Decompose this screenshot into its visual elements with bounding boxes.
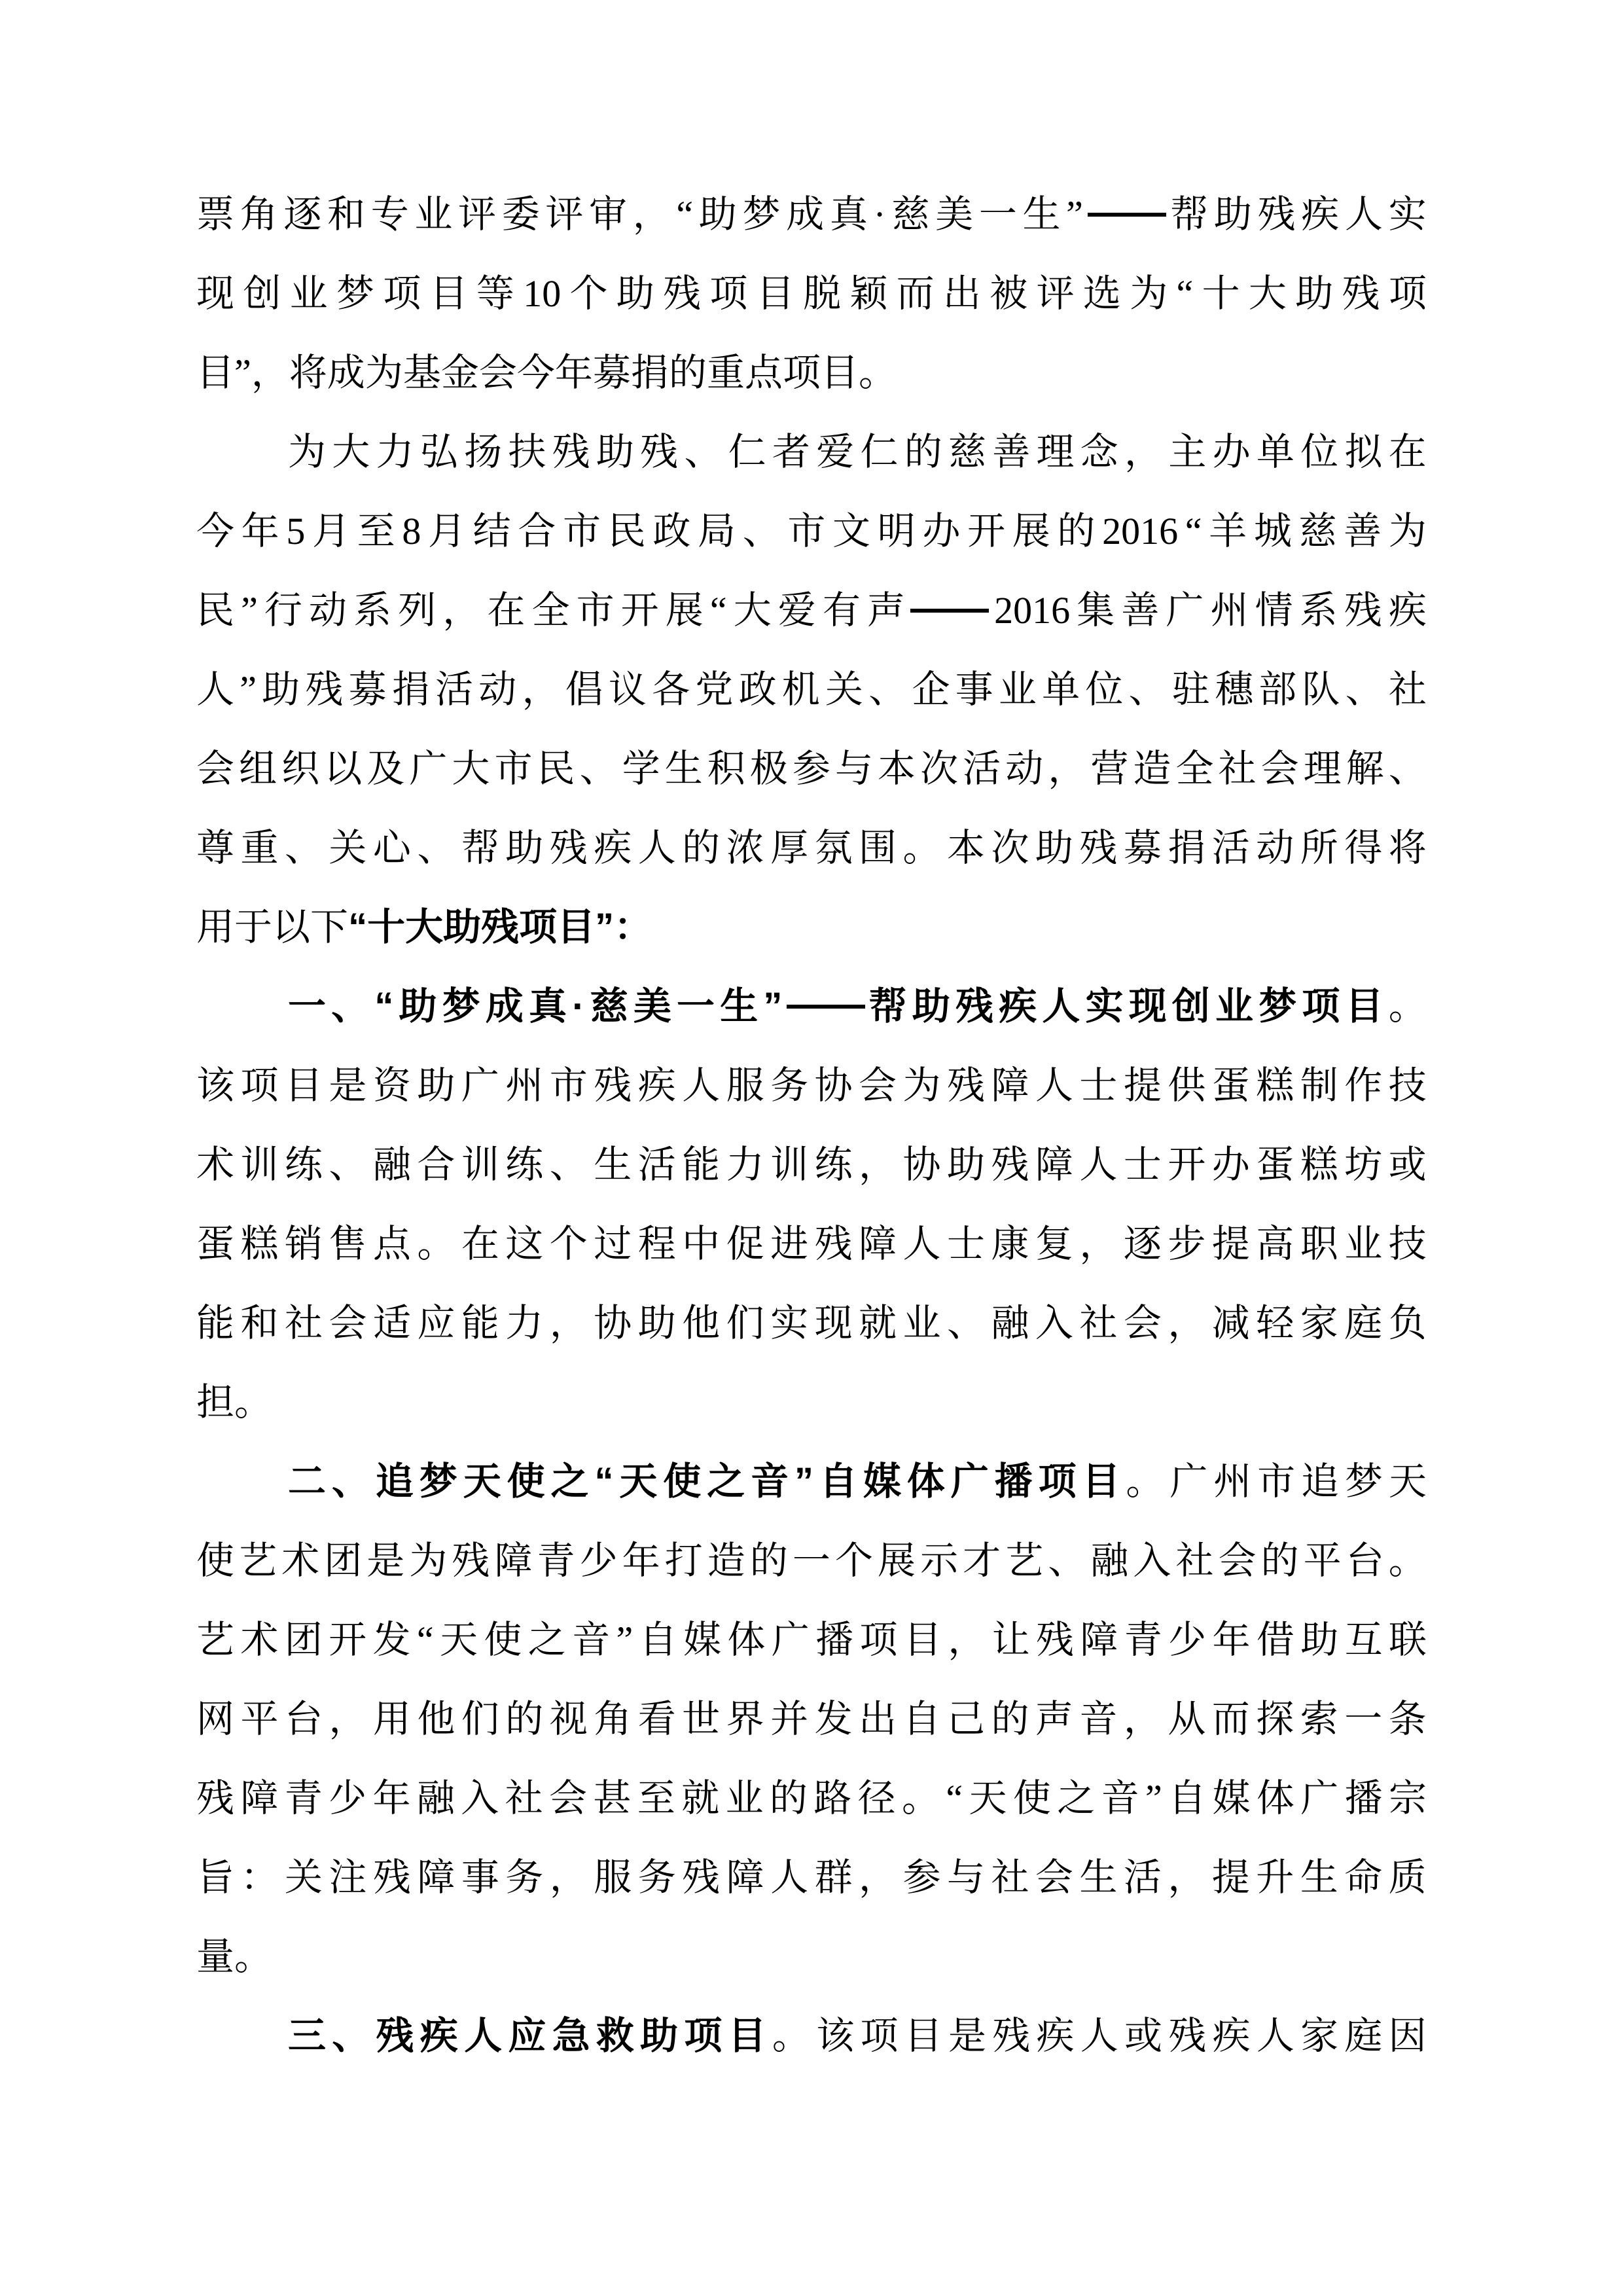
text-char: 解 xyxy=(1346,729,1384,808)
text-char: 之 xyxy=(1057,1759,1095,1838)
text-char: 甚 xyxy=(593,1759,631,1838)
text-char: 为 xyxy=(1130,254,1168,333)
text-char: 州 xyxy=(1213,1442,1251,1521)
text-char: 们 xyxy=(726,1283,764,1363)
text-char: ， xyxy=(329,1679,366,1759)
text-char: 委 xyxy=(502,175,540,254)
text-char: 募 xyxy=(593,333,631,412)
text-char: 为 xyxy=(409,1521,447,1600)
text-char: 职 xyxy=(1300,1204,1338,1283)
text-char: 年 xyxy=(555,333,593,412)
text-char: 、 xyxy=(1129,650,1167,729)
text-char: 活 xyxy=(1124,1838,1162,1917)
text-char: 促 xyxy=(726,1204,764,1283)
text-char: 联 xyxy=(1389,1600,1427,1679)
text-char: 障 xyxy=(1080,1600,1118,1679)
text-char: 、 xyxy=(1389,729,1427,808)
text-char: 开 xyxy=(621,571,659,650)
text-char: 明 xyxy=(878,492,916,571)
text-char: 看 xyxy=(638,1679,676,1759)
text-line: 用于以下“十大助残项目”： xyxy=(196,888,1427,967)
text-char: “ xyxy=(676,175,693,254)
text-char: 平 xyxy=(240,1679,278,1759)
text-char: 径 xyxy=(858,1759,896,1838)
text-char: 士 xyxy=(1124,1125,1162,1204)
text-char: 脱 xyxy=(803,254,841,333)
text-char: 群 xyxy=(815,1838,853,1917)
text-char: 项 xyxy=(783,333,821,412)
text-char: 生 xyxy=(1300,1838,1338,1917)
text-char: 探 xyxy=(1256,1679,1294,1759)
text-char: 。 xyxy=(1126,1442,1164,1521)
text-char: 界 xyxy=(726,1679,764,1759)
text-char: 示 xyxy=(920,1521,958,1600)
text-char: 年 xyxy=(241,492,279,571)
text-char: 造 xyxy=(1133,729,1171,808)
text-char: 团 xyxy=(324,1521,362,1600)
text-char: 技 xyxy=(1389,1204,1427,1283)
text-char: 。 xyxy=(859,333,897,412)
text-char: ” xyxy=(241,571,258,650)
bold-text-char: ” xyxy=(794,1442,813,1521)
bold-text-char: 救 xyxy=(596,1996,634,2075)
text-char: 协 xyxy=(903,1125,941,1204)
text-char: 次 xyxy=(920,729,958,808)
text-char: 本 xyxy=(947,808,985,888)
text-char: 善 xyxy=(992,412,1030,492)
bold-text-char: 残 xyxy=(955,967,993,1046)
text-char: 会 xyxy=(549,1759,587,1838)
text-char: 业 xyxy=(414,175,452,254)
text-char: 项 xyxy=(1389,254,1427,333)
bold-text-char: 帮 xyxy=(869,967,907,1046)
text-char: 市 xyxy=(563,492,601,571)
text-char: 人 xyxy=(903,1204,941,1283)
text-line: 人”助残募捐活动，倡议各党政机关、企事业单位、驻穗部队、社 xyxy=(196,650,1427,729)
bold-text-char: 项 xyxy=(519,888,557,967)
text-char: ， xyxy=(1048,729,1086,808)
text-char: 融 xyxy=(373,1125,411,1204)
text-char: 氛 xyxy=(815,808,853,888)
text-line: 网平台，用他们的视角看世界并发出自己的声音，从而探索一条 xyxy=(196,1679,1427,1759)
text-char: 活 xyxy=(638,1125,676,1204)
bold-text-char: ” xyxy=(595,888,614,967)
text-char: 音 xyxy=(1079,1679,1117,1759)
bold-text-char: 人 xyxy=(464,1996,502,2075)
text-char: 创 xyxy=(243,254,281,333)
text-char: 适 xyxy=(373,1283,411,1363)
text-char: 大 xyxy=(452,729,490,808)
text-char: 10 xyxy=(523,254,561,333)
text-char: 颖 xyxy=(849,254,887,333)
text-line: 蛋糕销售点。在这个过程中促进残障人士康复，逐步提高职业技 xyxy=(196,1204,1427,1283)
bold-text-char: 项 xyxy=(684,1996,722,2075)
text-char: 该 xyxy=(816,1996,854,2075)
text-char: 在 xyxy=(1389,412,1427,492)
text-char: “ xyxy=(1177,254,1194,333)
text-char: 以 xyxy=(272,888,310,967)
text-char: 年 xyxy=(1212,1600,1250,1679)
text-char: 训 xyxy=(461,1125,499,1204)
text-char: 个 xyxy=(835,1521,873,1600)
text-char: 事 xyxy=(955,650,993,729)
text-char: 所 xyxy=(1300,808,1338,888)
text-char: 残 xyxy=(682,1838,720,1917)
text-char: 助 xyxy=(1214,175,1252,254)
text-char: 至 xyxy=(637,1759,675,1838)
document-page: 票角逐和专业评委评审，“助梦成真·慈美一生”帮助残疾人实现创业梦项目等10个助残… xyxy=(0,0,1623,2296)
text-char: 会 xyxy=(196,729,234,808)
text-char: 业 xyxy=(999,650,1037,729)
text-char: 目 xyxy=(196,333,234,412)
text-char: 、 xyxy=(417,808,455,888)
text-char: 等 xyxy=(476,254,514,333)
bold-text-char: 美 xyxy=(633,967,671,1046)
text-char: ” xyxy=(1145,1759,1162,1838)
text-char: 列 xyxy=(398,571,436,650)
text-char: 评 xyxy=(545,175,583,254)
text-char: 发 xyxy=(815,1679,853,1759)
text-char: 全 xyxy=(531,571,569,650)
text-char: 障 xyxy=(494,1521,532,1600)
text-char: 会 xyxy=(1124,1283,1162,1363)
text-char: 使 xyxy=(484,1600,522,1679)
text-char: 负 xyxy=(1389,1283,1427,1363)
text-char: 世 xyxy=(682,1679,720,1759)
bold-text-char: 真 xyxy=(529,967,567,1046)
text-char: 美 xyxy=(935,175,973,254)
text-char: 广 xyxy=(461,1046,499,1125)
text-char: 积 xyxy=(707,729,745,808)
bold-text-char: 十 xyxy=(367,888,405,967)
text-char: 一 xyxy=(793,1521,830,1600)
bold-text-char: 使 xyxy=(507,1442,545,1521)
text-char: ， xyxy=(1168,1283,1205,1363)
text-char: 评 xyxy=(458,175,496,254)
text-char: 中 xyxy=(682,1204,720,1283)
text-char: 、 xyxy=(947,1283,985,1363)
text-char: 康 xyxy=(991,1204,1029,1283)
text-char: 残 xyxy=(552,412,590,492)
text-char: 单 xyxy=(1257,412,1294,492)
text-char: 生 xyxy=(665,729,703,808)
text-char: 、 xyxy=(743,492,781,571)
text-char: 残 xyxy=(992,1996,1030,2075)
text-char: 在 xyxy=(461,1204,499,1283)
text-line: 术训练、融合训练、生活能力训练，协助残障人士开办蛋糕坊或 xyxy=(196,1125,1427,1204)
text-char: 互 xyxy=(1345,1600,1383,1679)
text-char: 。 xyxy=(902,1759,940,1838)
text-char: 为 xyxy=(1389,492,1427,571)
text-line: 一、“助梦成真·慈美一生”帮助残疾人实现创业梦项目。 xyxy=(196,967,1427,1046)
text-char: 练 xyxy=(815,1125,853,1204)
text-char: 事 xyxy=(461,1838,499,1917)
text-char: 捐 xyxy=(1168,808,1205,888)
text-char: 弘 xyxy=(420,412,458,492)
text-char: 拟 xyxy=(1344,412,1382,492)
text-char: 票 xyxy=(196,175,234,254)
text-char: 至 xyxy=(357,492,395,571)
text-char: 动 xyxy=(309,571,347,650)
text-char: 系 xyxy=(1300,571,1338,650)
text-char: 的 xyxy=(750,1521,788,1600)
text-char: 。 xyxy=(417,1204,455,1283)
text-char: 成 xyxy=(327,333,365,412)
text-char: 单 xyxy=(1042,650,1080,729)
text-char: 社 xyxy=(1219,729,1257,808)
text-char: 选 xyxy=(1083,254,1121,333)
text-char: 点 xyxy=(373,1204,411,1283)
text-char: 而 xyxy=(1212,1679,1250,1759)
text-char: 市 xyxy=(577,571,615,650)
text-char: 目 xyxy=(430,254,468,333)
bold-text-char: “ xyxy=(348,888,367,967)
text-char: 金 xyxy=(441,333,479,412)
text-char: 人 xyxy=(1080,1996,1118,2075)
text-char: 入 xyxy=(1035,1283,1073,1363)
text-char: 量 xyxy=(196,1917,234,1996)
text-char: 重 xyxy=(707,333,745,412)
text-char: 羊 xyxy=(1209,492,1247,571)
text-char: 己 xyxy=(947,1679,985,1759)
text-char: ， xyxy=(550,1838,588,1917)
text-char: 助 xyxy=(417,1046,455,1125)
text-char: 帮 xyxy=(461,808,499,888)
text-char: 的 xyxy=(669,333,707,412)
text-char: 减 xyxy=(1212,1283,1250,1363)
text-char: 在 xyxy=(487,571,525,650)
text-char: 现 xyxy=(815,1283,853,1363)
text-char: 、 xyxy=(1346,650,1383,729)
text-char: 疾 xyxy=(1389,571,1427,650)
text-line: 能和社会适应能力，协助他们实现就业、融入社会，减轻家庭负 xyxy=(196,1283,1427,1363)
text-char: 的 xyxy=(1057,492,1095,571)
text-char: 募 xyxy=(1124,808,1162,888)
bold-text-char: 残 xyxy=(376,1996,414,2075)
text-line: 会组织以及广大市民、学生积极参与本次活动，营造全社会理解、 xyxy=(196,729,1427,808)
text-char: 程 xyxy=(638,1204,676,1283)
text-char: 协 xyxy=(815,1046,853,1125)
text-char: 广 xyxy=(1169,1442,1207,1521)
text-char: 动 xyxy=(1005,729,1043,808)
text-char: 协 xyxy=(594,1283,632,1363)
text-char: 参 xyxy=(793,729,830,808)
text-char: 情 xyxy=(1255,571,1293,650)
text-char: 逐 xyxy=(1124,1204,1162,1283)
text-char: 和 xyxy=(240,1283,278,1363)
text-char: ， xyxy=(251,333,289,412)
text-char: 善 xyxy=(1344,492,1382,571)
text-char: 团 xyxy=(285,1600,323,1679)
text-char: 音 xyxy=(1101,1759,1139,1838)
bold-text-char: 天 xyxy=(463,1442,501,1521)
text-char: 广 xyxy=(1166,571,1204,650)
text-char: 业 xyxy=(903,1283,941,1363)
text-char: 民 xyxy=(608,492,646,571)
text-char: 提 xyxy=(1124,1046,1162,1125)
text-char: 关 xyxy=(285,1838,323,1917)
text-char: 提 xyxy=(1212,1838,1250,1917)
bold-text-char: 一 xyxy=(288,967,326,1046)
text-char: 助 xyxy=(947,1125,985,1204)
text-char: 助 xyxy=(1295,254,1333,333)
text-char: 生 xyxy=(1079,1838,1117,1917)
text-line: 使艺术团是为残障青少年打造的一个展示才艺、融入社会的平台。 xyxy=(196,1521,1427,1600)
text-char: 的 xyxy=(770,1759,808,1838)
text-char: 营 xyxy=(1090,729,1128,808)
text-char: 社 xyxy=(1079,1283,1117,1363)
text-char: ， xyxy=(859,1838,897,1917)
text-char: 展 xyxy=(1012,492,1050,571)
text-char: 家 xyxy=(1300,1996,1338,2075)
text-char: 残 xyxy=(1036,1600,1074,1679)
text-char: 业 xyxy=(726,1759,764,1838)
text-char: 2016 xyxy=(1102,492,1178,571)
text-char: 月 xyxy=(428,492,466,571)
text-char: 全 xyxy=(1175,729,1213,808)
bold-text-char: 大 xyxy=(405,888,443,967)
text-char: 民 xyxy=(537,729,575,808)
text-char: 帮 xyxy=(1170,175,1208,254)
text-char: 项 xyxy=(709,254,747,333)
text-char: 旨 xyxy=(196,1838,234,1917)
text-char: 极 xyxy=(750,729,788,808)
text-char: 活 xyxy=(1212,808,1250,888)
text-char: 艺 xyxy=(196,1600,234,1679)
text-char: 关 xyxy=(329,808,366,888)
text-char: 出 xyxy=(859,1679,897,1759)
text-char: 现 xyxy=(196,254,234,333)
text-line: 担。 xyxy=(196,1363,1427,1442)
text-char: 是 xyxy=(366,1521,404,1600)
text-char: 党 xyxy=(695,650,733,729)
text-char: 州 xyxy=(1211,571,1249,650)
text-char: 残 xyxy=(305,650,343,729)
text-char: 角 xyxy=(594,1679,632,1759)
text-char: 融 xyxy=(991,1283,1029,1363)
text-char: 残 xyxy=(1168,1996,1206,2075)
text-char: 少 xyxy=(580,1521,618,1600)
text-char: 务 xyxy=(505,1838,543,1917)
text-char: 活 xyxy=(435,650,473,729)
text-char: 是 xyxy=(329,1046,366,1125)
text-char: 糕 xyxy=(1300,1125,1338,1204)
text-char: 销 xyxy=(285,1204,323,1283)
text-char: 5 xyxy=(286,492,305,571)
bold-text-char: 急 xyxy=(552,1996,590,2075)
text-char: 有 xyxy=(823,571,861,650)
text-char: 坊 xyxy=(1344,1125,1382,1204)
bold-text-char: 之 xyxy=(707,1442,745,1521)
text-char: 织 xyxy=(281,729,319,808)
text-char: 庭 xyxy=(1344,1283,1382,1363)
text-char: 社 xyxy=(505,1759,543,1838)
text-char: 大 xyxy=(734,571,772,650)
text-char: 爱 xyxy=(816,412,854,492)
text-char: 广 xyxy=(1300,1759,1338,1838)
bold-text-char: 二 xyxy=(288,1442,326,1521)
text-char: ， xyxy=(1124,412,1162,492)
text-char: 扬 xyxy=(464,412,502,492)
text-char: 担 xyxy=(196,1363,234,1442)
text-char: 资 xyxy=(373,1046,411,1125)
text-char: 音 xyxy=(572,1600,610,1679)
text-char: 人 xyxy=(1345,175,1383,254)
text-line: 该项目是资助广州市残疾人服务协会为残障人士提供蛋糕制作技 xyxy=(196,1046,1427,1125)
text-char: 发 xyxy=(373,1600,411,1679)
bold-text-char: 使 xyxy=(663,1442,701,1521)
text-char: 媒 xyxy=(1212,1759,1250,1838)
text-char: 、 xyxy=(684,412,722,492)
text-char: 助 xyxy=(638,1283,676,1363)
text-char: 会 xyxy=(329,1283,366,1363)
text-char: 会 xyxy=(479,333,517,412)
text-char: 残 xyxy=(640,412,678,492)
text-char: 士 xyxy=(947,1204,985,1283)
text-char: 十 xyxy=(1202,254,1240,333)
text-char: 是 xyxy=(948,1996,986,2075)
text-char: 为 xyxy=(288,412,326,492)
text-char: ： xyxy=(240,1838,278,1917)
text-char: 务 xyxy=(770,1046,808,1125)
bold-text-char: “ xyxy=(374,967,393,1046)
bold-text-char: 梦 xyxy=(419,1442,457,1521)
text-char: 真 xyxy=(830,175,868,254)
text-char: 实 xyxy=(1389,175,1427,254)
text-char: 融 xyxy=(1090,1521,1128,1600)
text-char: 会 xyxy=(1219,1521,1257,1600)
text-char: 服 xyxy=(726,1046,764,1125)
text-char: 庭 xyxy=(1344,1996,1382,2075)
text-char: 能 xyxy=(196,1283,234,1363)
text-char: 疾 xyxy=(638,1046,676,1125)
text-char: 制 xyxy=(1300,1046,1338,1125)
text-char: 自 xyxy=(639,1600,677,1679)
text-char: 关 xyxy=(825,650,863,729)
text-char: 基 xyxy=(403,333,441,412)
text-char: 项 xyxy=(240,1046,278,1125)
text-char: 局 xyxy=(698,492,736,571)
bold-text-char: 自 xyxy=(819,1442,857,1521)
text-char: 及 xyxy=(366,729,404,808)
text-char: 政 xyxy=(652,492,690,571)
text-char: ， xyxy=(522,650,560,729)
text-char: 残 xyxy=(815,1204,853,1283)
text-char: 目 xyxy=(821,333,859,412)
text-char: 就 xyxy=(859,1283,897,1363)
text-line: 尊重、关心、帮助残疾人的浓厚氛围。本次助残募捐活动所得将 xyxy=(196,808,1427,888)
text-char: 围 xyxy=(859,808,897,888)
text-char: 开 xyxy=(329,1600,366,1679)
text-char: 将 xyxy=(1389,808,1427,888)
text-line: 二、追梦天使之“天使之音”自媒体广播项目。广州市追梦天 xyxy=(196,1442,1427,1521)
text-char: 训 xyxy=(240,1125,278,1204)
text-char: 播 xyxy=(1345,1759,1383,1838)
text-char: 扶 xyxy=(508,412,546,492)
text-char: 募 xyxy=(349,650,387,729)
text-char: 注 xyxy=(329,1838,366,1917)
em-dash xyxy=(912,571,988,650)
text-char: 慈 xyxy=(948,412,986,492)
text-char: 力 xyxy=(726,1125,764,1204)
bold-text-char: ” xyxy=(763,967,782,1046)
text-char: 的 xyxy=(1261,1521,1299,1600)
bold-text-char: 项 xyxy=(1039,1442,1077,1521)
text-char: 高 xyxy=(1256,1204,1294,1283)
bold-text-char: 三 xyxy=(288,1996,326,2075)
text-char: 们 xyxy=(461,1679,499,1759)
text-char: 蛋 xyxy=(1256,1125,1294,1204)
